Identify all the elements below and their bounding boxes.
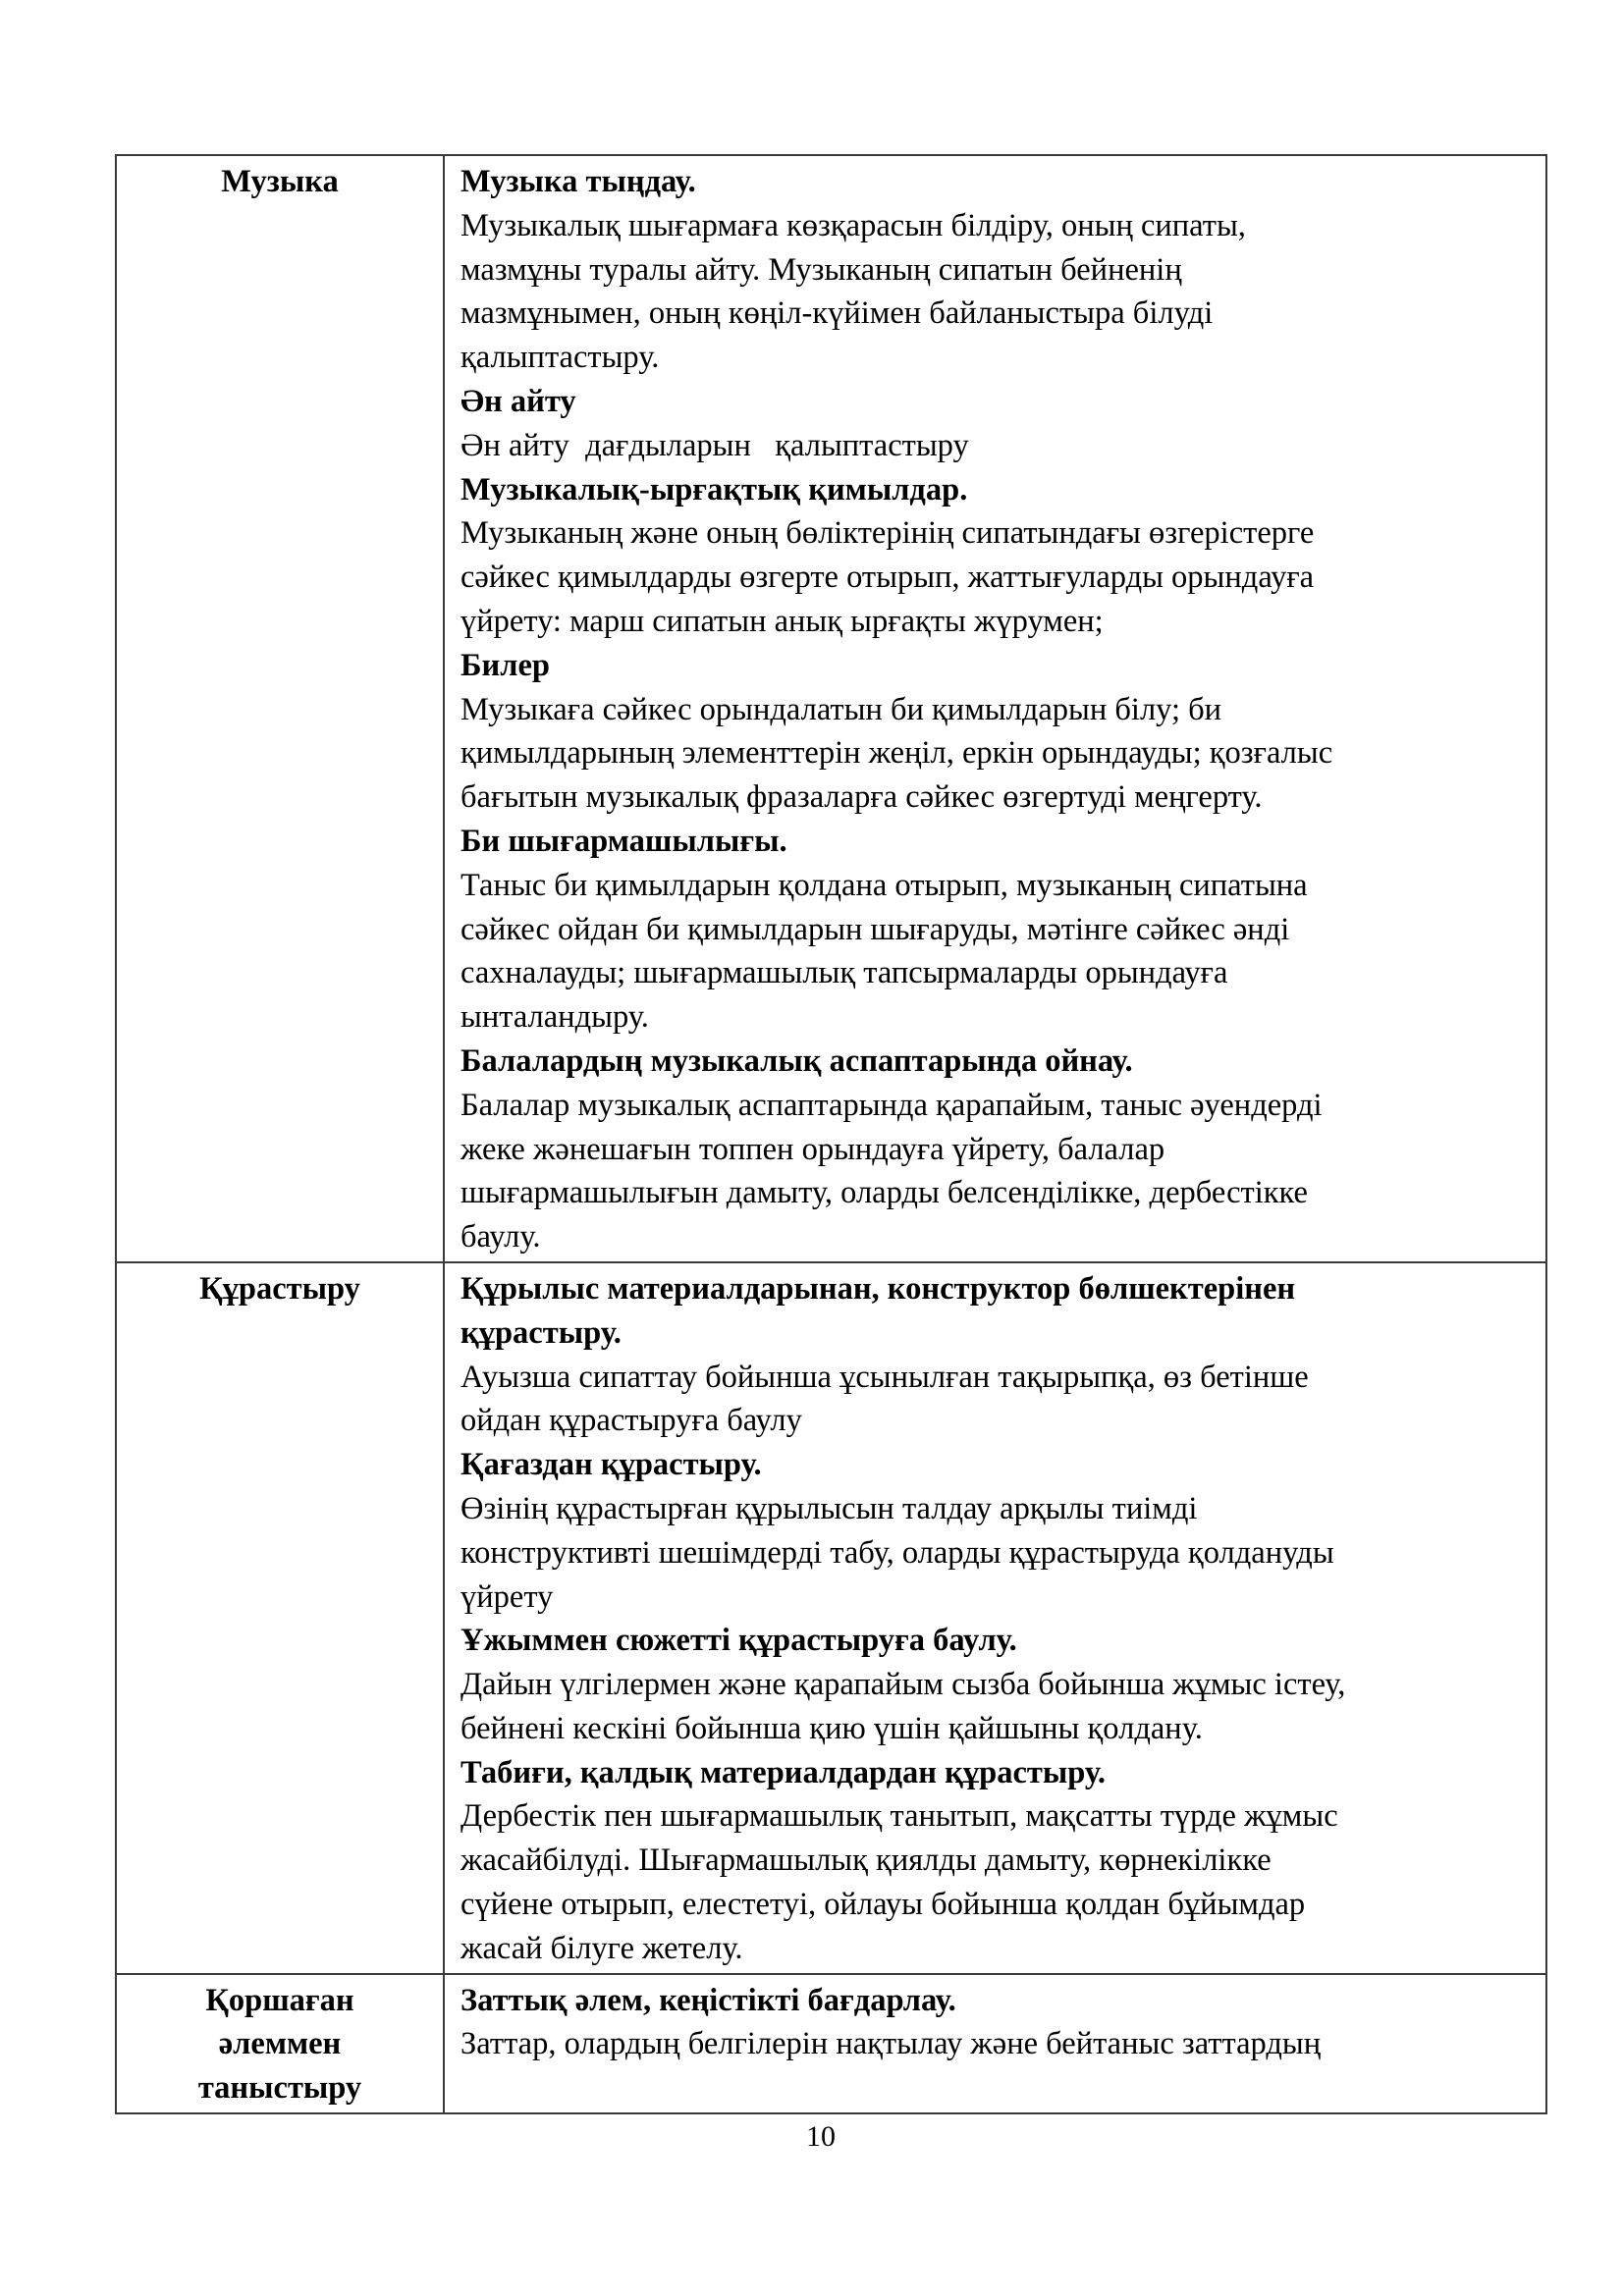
section-label: Қоршаған xyxy=(117,1979,443,2023)
table-row: МузыкаМузыка тыңдау.Музыкалық шығармаға … xyxy=(116,155,1546,1262)
content-line: жасай білуге жетелу. xyxy=(460,1927,1536,1971)
content-line: Таныс би қимылдарын қолдана отырып, музы… xyxy=(460,864,1536,908)
subsection-heading: Қағаздан құрастыру. xyxy=(460,1443,1536,1487)
section-label-cell: Құрастыру xyxy=(116,1262,444,1974)
content-line: ойдан құрастыруға баулу xyxy=(460,1399,1536,1443)
page-number: 10 xyxy=(0,2120,1624,2154)
subsection-heading: құрастыру. xyxy=(460,1311,1536,1356)
subsection-heading: Ән айту xyxy=(460,380,1536,424)
content-line: үйрету: марш сипатын анық ырғақты жүруме… xyxy=(460,600,1536,644)
subsection-heading: Балалардың музыкалық аспаптарында ойнау. xyxy=(460,1040,1536,1084)
section-content-cell: Музыка тыңдау.Музыкалық шығармаға көзқар… xyxy=(444,155,1546,1262)
content-line: Заттар, олардың белгілерін нақтылау және… xyxy=(460,2022,1536,2066)
content-line: конструктивті шешімдерді табу, оларды құ… xyxy=(460,1531,1536,1575)
content-line: сәйкес қимылдарды өзгерте отырып, жаттығ… xyxy=(460,556,1536,600)
section-content-cell: Заттық әлем, кеңістікті бағдарлау.Заттар… xyxy=(444,1974,1546,2113)
section-label: Құрастыру xyxy=(117,1267,443,1311)
section-label: әлеммен xyxy=(117,2022,443,2066)
content-line: мазмұны туралы айту. Музыканың сипатын б… xyxy=(460,248,1536,293)
subsection-heading: Табиғи, қалдық материалдардан құрастыру. xyxy=(460,1751,1536,1795)
content-line: сүйене отырып, елестетуі, ойлауы бойынша… xyxy=(460,1883,1536,1927)
subsection-heading: Билер xyxy=(460,644,1536,688)
content-line: ынталандыру. xyxy=(460,995,1536,1040)
content-line: шығармашылығын дамыту, оларды белсенділі… xyxy=(460,1171,1536,1215)
table-row: ҚоршағанәлемментаныстыруЗаттық әлем, кең… xyxy=(116,1974,1546,2113)
section-label-cell: Қоршағанәлемментаныстыру xyxy=(116,1974,444,2113)
curriculum-table: МузыкаМузыка тыңдау.Музыкалық шығармаға … xyxy=(115,154,1547,2114)
content-line: жасайбілуді. Шығармашылық қиялды дамыту,… xyxy=(460,1839,1536,1883)
content-line: сәйкес ойдан би қимылдарын шығаруды, мәт… xyxy=(460,908,1536,952)
section-label: таныстыру xyxy=(117,2066,443,2110)
section-content-cell: Құрылыс материалдарынан, конструктор бөл… xyxy=(444,1262,1546,1974)
content-line: Дербестік пен шығармашылық танытып, мақс… xyxy=(460,1794,1536,1839)
content-line: бейнені кескіні бойынша қию үшін қайшыны… xyxy=(460,1707,1536,1751)
content-line: сахналауды; шығармашылық тапсырмаларды о… xyxy=(460,951,1536,995)
section-label: Музыка xyxy=(117,160,443,204)
content-line: Музыкалық шығармаға көзқарасын білдіру, … xyxy=(460,204,1536,248)
subsection-heading: Құрылыс материалдарынан, конструктор бөл… xyxy=(460,1267,1536,1311)
content-line: үйрету xyxy=(460,1575,1536,1620)
content-line: Дайын үлгілермен және қарапайым сызба бо… xyxy=(460,1663,1536,1707)
subsection-heading: Музыкалық-ырғақтық қимылдар. xyxy=(460,468,1536,512)
content-line: баулу. xyxy=(460,1215,1536,1259)
content-line: қимылдарының элементтерін жеңіл, еркін о… xyxy=(460,731,1536,775)
content-line: Музыканың және оның бөліктерінің сипатын… xyxy=(460,511,1536,556)
content-line: Балалар музыкалық аспаптарында қарапайым… xyxy=(460,1084,1536,1128)
subsection-heading: Ұжыммен сюжетті құрастыруға баулу. xyxy=(460,1619,1536,1663)
table-body: МузыкаМузыка тыңдау.Музыкалық шығармаға … xyxy=(116,155,1546,2113)
content-line: Музыкаға сәйкес орындалатын би қимылдары… xyxy=(460,688,1536,732)
table-row: ҚұрастыруҚұрылыс материалдарынан, констр… xyxy=(116,1262,1546,1974)
subsection-heading: Музыка тыңдау. xyxy=(460,160,1536,204)
content-line: Өзінің құрастырған құрылысын талдау арқы… xyxy=(460,1487,1536,1531)
content-line: жеке жәнешағын топпен орындауға үйрету, … xyxy=(460,1128,1536,1172)
content-line: бағытын музыкалық фразаларға сәйкес өзге… xyxy=(460,775,1536,820)
content-line: Ауызша сипаттау бойынша ұсынылған тақыры… xyxy=(460,1356,1536,1400)
content-line: мазмұнымен, оның көңіл-күйімен байланыст… xyxy=(460,292,1536,336)
subsection-heading: Би шығармашылығы. xyxy=(460,820,1536,864)
content-line: қалыптастыру. xyxy=(460,336,1536,380)
subsection-heading: Заттық әлем, кеңістікті бағдарлау. xyxy=(460,1979,1536,2023)
section-label-cell: Музыка xyxy=(116,155,444,1262)
content-line: Ән айту дағдыларын қалыптастыру xyxy=(460,424,1536,468)
content-line xyxy=(460,2066,1536,2110)
